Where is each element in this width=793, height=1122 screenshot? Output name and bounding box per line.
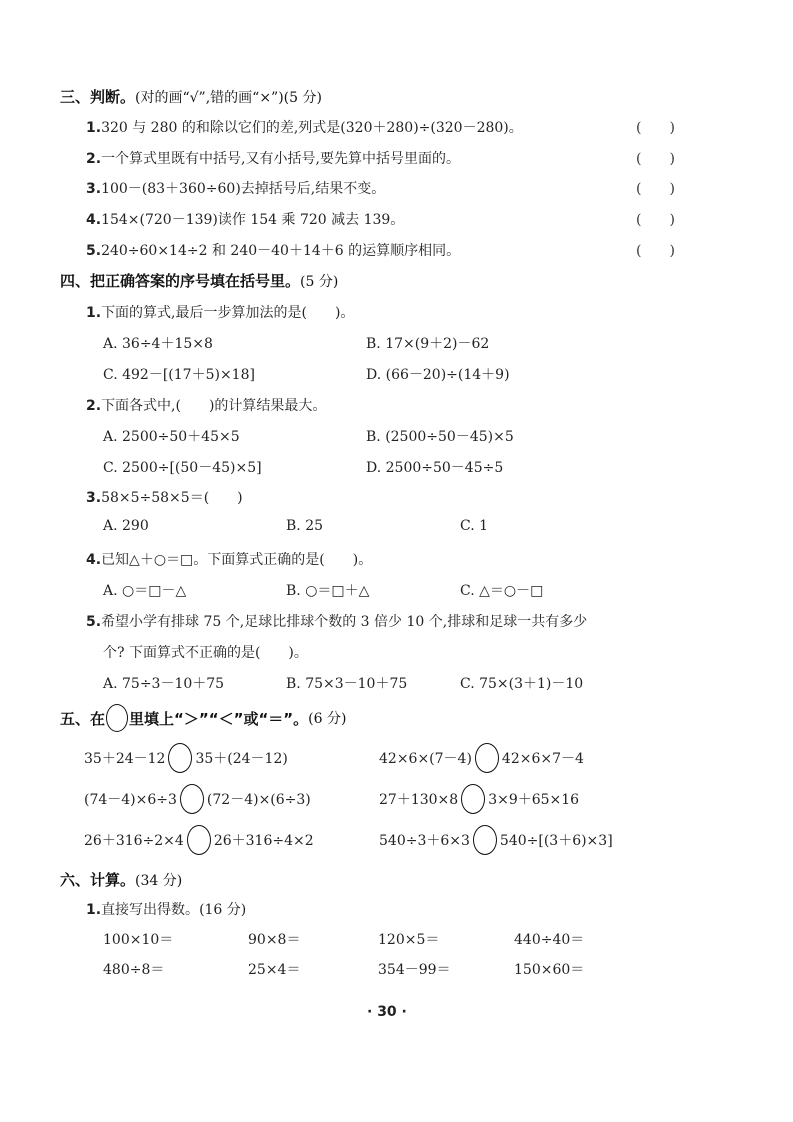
item-text: 154×(720－139)读作 154 乘 720 减去 139。: [101, 212, 404, 228]
answer-blank-4[interactable]: ( ): [636, 209, 675, 229]
question-number: 4.: [86, 552, 101, 568]
compare-right-expr: 540÷[(3＋6)×3]: [500, 830, 613, 850]
compare-left-expr: 540÷3＋6×3: [379, 830, 470, 850]
q5-option-a: A. 75÷3－10＋75: [103, 673, 224, 693]
question-number: 1.: [86, 305, 101, 321]
oral-calc-7: 354－99＝: [378, 959, 451, 979]
item-text: 240÷60×14÷2 和 240－40＋14＋6 的运算顺序相同。: [101, 243, 460, 259]
section-4-points: (5 分): [300, 274, 338, 290]
answer-blank-2[interactable]: ( ): [636, 148, 675, 168]
compare-right-expr: 3×9＋65×16: [488, 789, 579, 809]
oral-calc-4: 440÷40＝: [514, 929, 584, 949]
item-number: 2.: [86, 151, 101, 167]
item-number: 4.: [86, 212, 101, 228]
section-5-title-suffix: 里填上“＞”“＜”或“＝”。: [129, 708, 308, 729]
subsection-text: 直接写出得数。: [101, 902, 199, 918]
compare-row-1-left: 35＋24－1235＋(24－12): [84, 743, 288, 773]
section-5-heading: 五、在里填上“＞”“＜”或“＝”。(6 分): [60, 704, 346, 732]
question-number: 3.: [86, 490, 101, 506]
answer-blank-3[interactable]: ( ): [636, 178, 675, 198]
compare-left-expr: 26＋316÷2×4: [84, 830, 184, 850]
compare-left-expr: 27＋130×8: [379, 789, 458, 809]
answer-blank-1[interactable]: ( ): [636, 117, 675, 137]
compare-left-expr: 42×6×(7－4): [379, 748, 472, 768]
judge-item-3: 3.100－(83＋360÷60)去掉括号后,结果不变。: [86, 178, 385, 198]
judge-item-5: 5.240÷60×14÷2 和 240－40＋14＋6 的运算顺序相同。: [86, 240, 460, 260]
oral-calc-1: 100×10＝: [103, 929, 173, 949]
oral-calc-5: 480÷8＝: [103, 959, 164, 979]
section-6-points: (34 分): [135, 873, 182, 889]
compare-row-1-right: 42×6×(7－4)42×6×7－4: [379, 743, 584, 773]
oral-calc-6: 25×4＝: [248, 959, 300, 979]
compare-right-expr: 35＋(24－12): [195, 748, 287, 768]
section-6-heading: 六、计算。(34 分): [60, 869, 182, 890]
compare-row-3-right: 540÷3＋6×3540÷[(3＋6)×3]: [379, 825, 613, 855]
oral-calc-3: 120×5＝: [378, 929, 439, 949]
item-number: 3.: [86, 181, 101, 197]
q3-option-a: A. 290: [103, 518, 149, 534]
compare-circle-blank[interactable]: [475, 743, 499, 773]
compare-row-2-right: 27＋130×83×9＋65×16: [379, 784, 579, 814]
oral-calc-8: 150×60＝: [514, 959, 584, 979]
compare-right-expr: (72－4)×(6÷3): [207, 789, 311, 809]
compare-right-expr: 42×6×7－4: [502, 748, 584, 768]
q4-option-a: A. ○＝□－△: [103, 580, 186, 600]
choice-question-5: 5.希望小学有排球 75 个,足球比排球个数的 3 倍少 10 个,排球和足球一…: [86, 611, 587, 631]
section-3-title: 三、判断。: [60, 88, 135, 106]
q1-option-c: C. 492－[(17＋5)×18]: [103, 364, 255, 384]
section-4-title: 四、把正确答案的序号填在括号里。: [60, 272, 300, 290]
q2-option-b: B. (2500÷50－45)×5: [366, 426, 514, 446]
q1-option-a: A. 36÷4＋15×8: [103, 333, 213, 353]
calc-subsection-1: 1.直接写出得数。(16 分): [86, 899, 246, 919]
question-text: 下面的算式,最后一步算加法的是( )。: [101, 305, 354, 321]
q4-option-c: C. △＝○－□: [460, 580, 543, 600]
q2-option-a: A. 2500÷50＋45×5: [103, 426, 240, 446]
choice-question-2: 2.下面各式中,( )的计算结果最大。: [86, 395, 326, 415]
item-text: 一个算式里既有中括号,又有小括号,要先算中括号里面的。: [101, 151, 460, 167]
compare-circle-blank[interactable]: [168, 743, 192, 773]
compare-circle-blank[interactable]: [180, 784, 204, 814]
section-5-points: (6 分): [308, 708, 346, 728]
section-3-instruction: (对的画“√”,错的画“×”)(5 分): [135, 90, 322, 106]
subsection-points: (16 分): [199, 902, 246, 918]
compare-circle-blank[interactable]: [187, 825, 211, 855]
question-text: 已知△＋○＝□。下面算式正确的是( )。: [101, 552, 372, 568]
choice-question-3: 3.58×5÷58×5＝( ): [86, 487, 243, 507]
question-number: 2.: [86, 398, 101, 414]
answer-blank-5[interactable]: ( ): [636, 240, 675, 260]
compare-row-3-left: 26＋316÷2×426＋316÷4×2: [84, 825, 314, 855]
choice-question-1: 1.下面的算式,最后一步算加法的是( )。: [86, 302, 354, 322]
section-4-heading: 四、把正确答案的序号填在括号里。(5 分): [60, 270, 338, 291]
judge-item-1: 1.320 与 280 的和除以它们的差,列式是(320＋280)÷(320－2…: [86, 117, 523, 137]
compare-row-2-left: (74－4)×6÷3(72－4)×(6÷3): [84, 784, 311, 814]
oral-calc-2: 90×8＝: [248, 929, 300, 949]
compare-circle-blank[interactable]: [461, 784, 485, 814]
item-text: 100－(83＋360÷60)去掉括号后,结果不变。: [101, 181, 385, 197]
choice-question-4: 4.已知△＋○＝□。下面算式正确的是( )。: [86, 549, 372, 569]
circle-icon: [106, 704, 128, 732]
q5-option-c: C. 75×(3＋1)－10: [460, 673, 583, 693]
section-5-title-prefix: 五、在: [60, 708, 105, 729]
subsection-number: 1.: [86, 902, 101, 918]
section-3-heading: 三、判断。(对的画“√”,错的画“×”)(5 分): [60, 86, 322, 107]
question-text: 下面各式中,( )的计算结果最大。: [101, 398, 326, 414]
q5-option-b: B. 75×3－10＋75: [286, 673, 407, 693]
compare-right-expr: 26＋316÷4×2: [214, 830, 314, 850]
judge-item-4: 4.154×(720－139)读作 154 乘 720 减去 139。: [86, 209, 404, 229]
q2-option-c: C. 2500÷[(50－45)×5]: [103, 457, 262, 477]
compare-left-expr: (74－4)×6÷3: [84, 789, 177, 809]
item-number: 5.: [86, 243, 101, 259]
judge-item-2: 2.一个算式里既有中括号,又有小括号,要先算中括号里面的。: [86, 148, 460, 168]
item-text: 320 与 280 的和除以它们的差,列式是(320＋280)÷(320－280…: [101, 120, 523, 136]
q3-option-c: C. 1: [460, 518, 488, 534]
compare-left-expr: 35＋24－12: [84, 748, 165, 768]
item-number: 1.: [86, 120, 101, 136]
q3-option-b: B. 25: [286, 518, 323, 534]
question-text: 希望小学有排球 75 个,足球比排球个数的 3 倍少 10 个,排球和足球一共有…: [101, 614, 587, 630]
choice-question-5-cont: 个? 下面算式不正确的是( )。: [103, 642, 308, 662]
page-number: · 30 ·: [367, 1004, 407, 1020]
compare-circle-blank[interactable]: [473, 825, 497, 855]
q2-option-d: D. 2500÷50－45÷5: [366, 457, 503, 477]
q4-option-b: B. ○＝□＋△: [286, 580, 369, 600]
q1-option-d: D. (66－20)÷(14＋9): [366, 364, 510, 384]
section-6-title: 六、计算。: [60, 871, 135, 889]
question-number: 5.: [86, 614, 101, 630]
q1-option-b: B. 17×(9＋2)－62: [366, 333, 489, 353]
question-text: 58×5÷58×5＝( ): [101, 490, 243, 506]
